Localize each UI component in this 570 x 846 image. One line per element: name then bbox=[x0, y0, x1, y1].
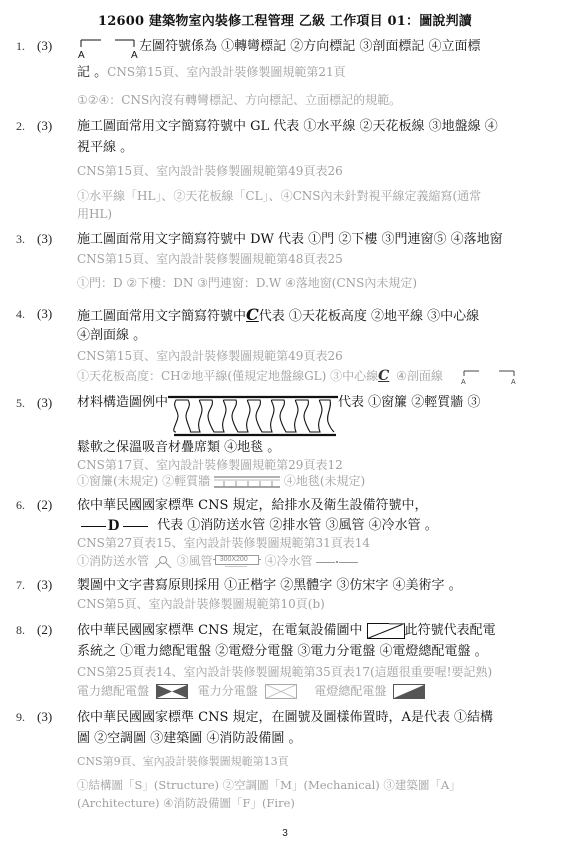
question-text: 材料構造圖例中 bbox=[77, 395, 168, 410]
power-main-panel-icon bbox=[156, 684, 188, 699]
section-mark-icon: A A bbox=[77, 36, 139, 60]
reference-note: CNS第25頁表14、室內設計裝修製圖規範第35頁表17(這題很重要喔!要記熟) bbox=[77, 664, 547, 681]
question-answer: (3) bbox=[37, 38, 52, 54]
lighting-main-panel-label: 電燈總配電盤 bbox=[314, 684, 386, 698]
explanation-note-2: ③風管 bbox=[177, 554, 213, 568]
svg-text:A: A bbox=[511, 379, 516, 386]
power-sub-panel-icon bbox=[265, 684, 297, 699]
fire-hose-connection-icon bbox=[153, 554, 173, 570]
lighting-main-panel-icon bbox=[393, 684, 425, 699]
page-title: 12600 建築物室內裝修工程管理 乙級 工作項目 01：圖說判讀 bbox=[0, 10, 570, 29]
question-number: 7. bbox=[16, 578, 25, 593]
question-number: 9. bbox=[16, 710, 25, 725]
duct-icon: 300X200 bbox=[213, 554, 261, 570]
centerline-icon: C bbox=[378, 368, 389, 384]
centerline-icon: C bbox=[246, 305, 259, 324]
question-answer: (3) bbox=[37, 118, 52, 134]
question-text-line2: 圖 ②空調圖 ③建築圖 ④消防設備圖 。 bbox=[77, 728, 547, 749]
explanation-note-cont: ④剖面線 bbox=[396, 369, 443, 383]
pipe-symbol-letter: D bbox=[108, 515, 120, 536]
reference-note: CNS第17頁、室內設計裝修製圖規範第29頁表12 bbox=[77, 457, 547, 474]
explanation-note: ①水平線「HL」、②天花板線「CL」、④CNS內未針對視平線定義縮寫(通常 bbox=[77, 188, 547, 205]
explanation-note: ①消防送水管 bbox=[77, 554, 149, 568]
question-answer: (2) bbox=[37, 622, 52, 638]
question-answer: (3) bbox=[37, 306, 52, 322]
question-answer: (3) bbox=[37, 395, 52, 411]
question-text-cont: 代表 ①天花板高度 ②地平線 ③中心線 bbox=[259, 309, 479, 324]
power-main-panel-label: 電力總配電盤 bbox=[77, 684, 149, 698]
insulation-material-icon bbox=[168, 394, 338, 438]
explanation-note-3: ④冷水管 bbox=[265, 554, 313, 568]
explanation-note: ①結構圖「S」(Structure) ②空調圖「M」(Mechanical) ③… bbox=[77, 777, 547, 794]
question-number: 3. bbox=[16, 232, 25, 247]
reference-note: CNS第15頁、室內設計裝修製圖規範第49頁表26 bbox=[77, 348, 547, 365]
question-text: 依中華民國國家標準 CNS 規定，給排水及衛生設備符號中， bbox=[77, 495, 547, 516]
section-mark-icon: A A bbox=[461, 368, 519, 386]
question-text-line2: 記 。 bbox=[77, 65, 107, 80]
explanation-note: ①窗簾(未規定) ②輕質牆 bbox=[77, 474, 210, 488]
explanation-note-cont: 用HL) bbox=[77, 206, 547, 223]
question-text: 左圖符號係為 ①轉彎標記 ②方向標記 ③剖面標記 ④立面標 bbox=[139, 39, 481, 54]
question-number: 8. bbox=[16, 623, 25, 638]
svg-text:A: A bbox=[131, 50, 138, 61]
explanation-note: ①天花板高度：CH②地平線(僅規定地盤線GL) ③中心線 bbox=[77, 369, 378, 383]
power-sub-panel-label: 電力分電盤 bbox=[198, 684, 258, 698]
question-answer: (2) bbox=[37, 497, 52, 513]
lighting-panel-icon bbox=[367, 623, 405, 639]
reference-note: CNS第9頁、室內設計裝修製圖規範第13頁 bbox=[77, 753, 547, 770]
svg-text:A: A bbox=[78, 50, 85, 61]
explanation-note-cont: ④地毯(未規定) bbox=[284, 474, 365, 488]
question-text-line2: ④剖面線 。 bbox=[77, 325, 547, 346]
question-text: 依中華民國國家標準 CNS 規定，在電氣設備圖中 bbox=[77, 623, 363, 638]
explanation-note: ①②④：CNS內沒有轉彎標記、方向標記、立面標記的規範。 bbox=[77, 92, 547, 109]
question-answer: (3) bbox=[37, 231, 52, 247]
lightweight-wall-icon bbox=[214, 475, 280, 489]
question-text-line2: 系統之 ①電力總配電盤 ②電燈分電盤 ③電力分電盤 ④電燈總配電盤 。 bbox=[77, 641, 547, 662]
reference-note: CNS第15頁、室內設計裝修製圖規範第48頁表25 bbox=[77, 251, 547, 268]
question-text-cont: 代表 ①窗簾 ②輕質牆 ③ bbox=[338, 395, 480, 410]
question-text: 施工圖面常用文字簡寫符號中 bbox=[77, 309, 246, 324]
question-number: 2. bbox=[16, 119, 25, 134]
reference-note: CNS第15頁、室內設計裝修製圖規範第49頁表26 bbox=[77, 163, 547, 180]
question-number: 5. bbox=[16, 396, 25, 411]
question-text-cont: 此符號代表配電 bbox=[405, 623, 496, 638]
page-number: 3 bbox=[0, 828, 570, 839]
question-number: 6. bbox=[16, 498, 25, 513]
question-text-line2: 鬆軟之保溫吸音材疊席類 ④地毯 。 bbox=[77, 437, 547, 458]
question-text: 製圖中文字書寫原則採用 ①正楷字 ②黑體字 ③仿宋字 ④美術字 。 bbox=[77, 575, 547, 596]
duct-size-label: 300X200 bbox=[220, 555, 248, 565]
question-number: 1. bbox=[16, 39, 25, 54]
question-text-line2: 視平線 。 bbox=[77, 137, 547, 158]
explanation-note-cont: (Architecture) ④消防設備圖「F」(Fire) bbox=[77, 795, 547, 812]
reference-note: CNS第27頁表15、室內設計裝修製圖規範第31頁表14 bbox=[77, 535, 547, 552]
drain-pipe-symbol: D bbox=[77, 516, 153, 536]
question-text-line2: 代表 ①消防送水管 ②排水管 ③風管 ④冷水管 。 bbox=[157, 518, 438, 533]
question-answer: (3) bbox=[37, 709, 52, 725]
question-text: 施工圖面常用文字簡寫符號中 GL 代表 ①水平線 ②天花板線 ③地盤線 ④ bbox=[77, 116, 547, 137]
question-number: 4. bbox=[16, 307, 25, 322]
explanation-note: ①門：D ②下樓：DN ③門連窗：D.W ④落地窗(CNS內未規定) bbox=[77, 275, 547, 292]
svg-text:A: A bbox=[461, 379, 466, 386]
reference-note: CNS第5頁、室內設計裝修製圖規範第10頁(b) bbox=[77, 596, 547, 613]
cold-water-pipe-icon bbox=[316, 557, 358, 567]
question-text: 依中華民國國家標準 CNS 規定，在圖號及圖樣佈置時，A是代表 ①結構 bbox=[77, 707, 547, 728]
question-answer: (3) bbox=[37, 577, 52, 593]
reference-note: CNS第15頁、室內設計裝修製圖規範第21頁 bbox=[107, 65, 345, 79]
question-text: 施工圖面常用文字簡寫符號中 DW 代表 ①門 ②下樓 ③門連窗⑤ ④落地窗 bbox=[77, 229, 547, 250]
